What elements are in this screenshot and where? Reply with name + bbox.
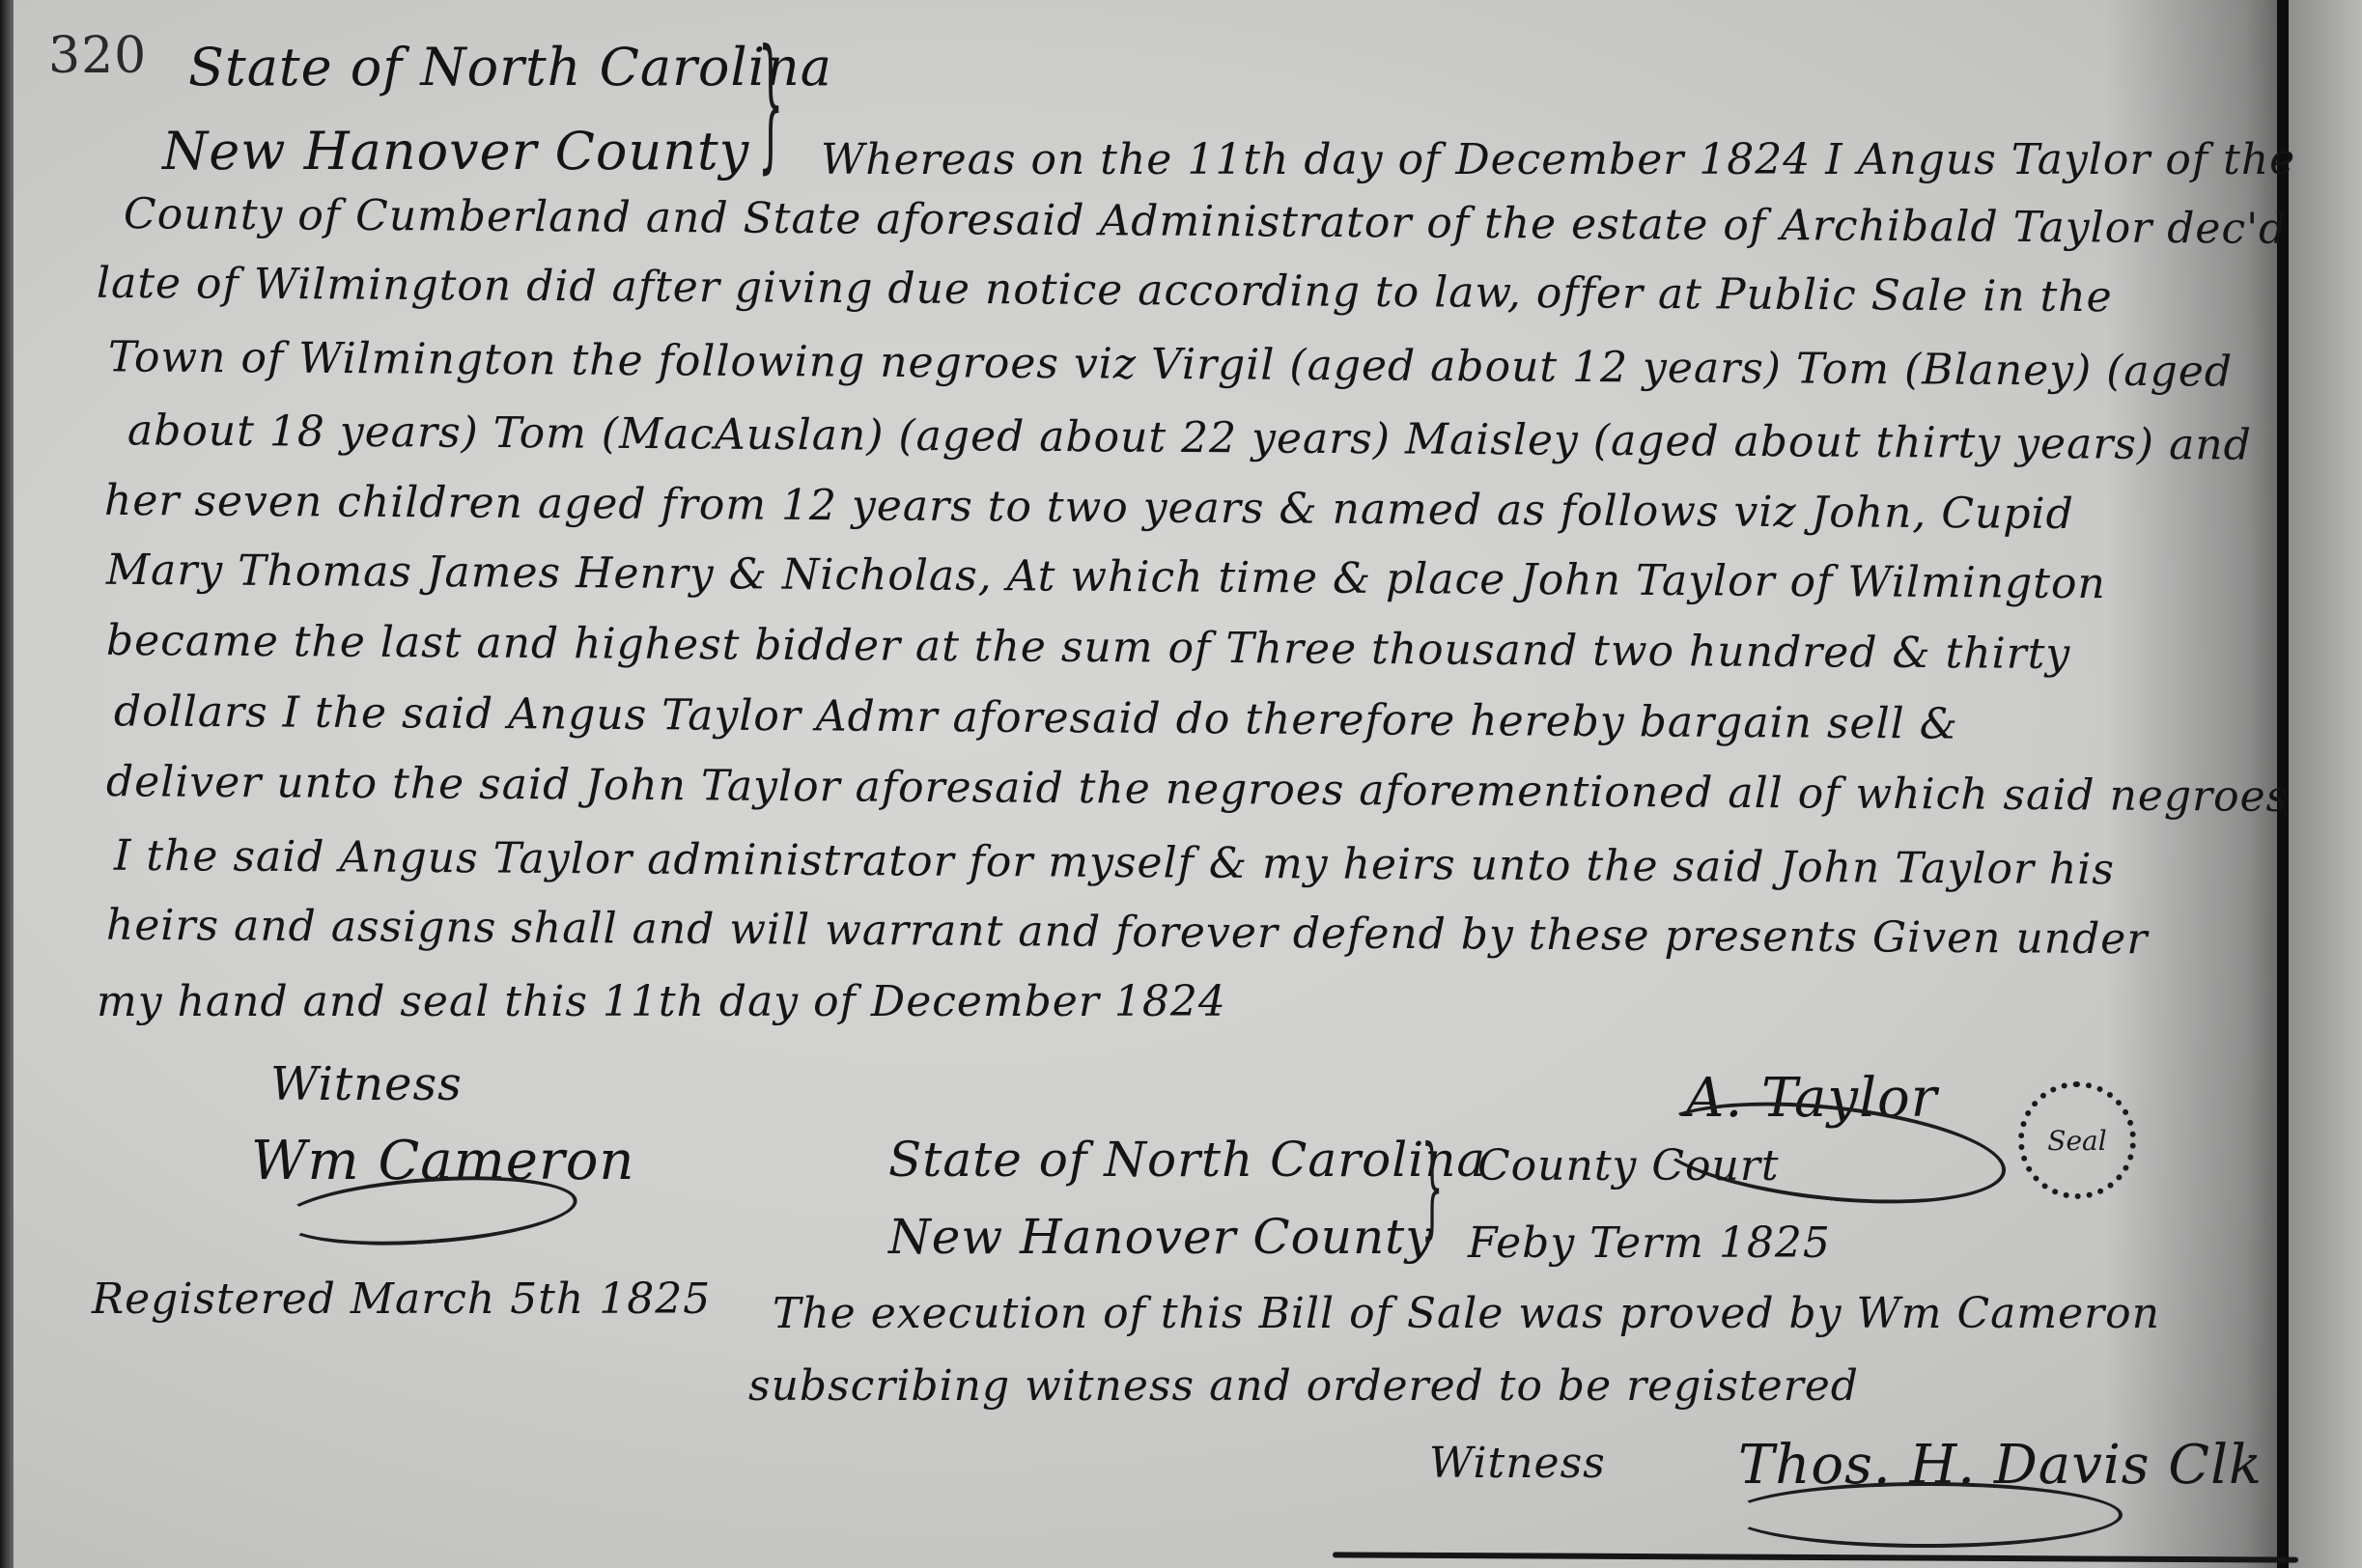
document-page: 320 State of North Carolina New Hanover … [0,0,2362,1568]
cert-court: County Court [1477,1141,1780,1190]
body-line: her seven children aged from 12 years to… [104,476,2074,539]
body-line: Mary Thomas James Henry & Nicholas, At w… [106,546,2106,608]
cert-state: State of North Carolina [888,1132,1486,1188]
body-line: heirs and assigns shall and will warrant… [106,901,2149,965]
cert-line: The execution of this Bill of Sale was p… [773,1289,2160,1338]
body-line: became the last and highest bidder at th… [106,616,2071,679]
scan-left-edge [0,0,14,1568]
cert-county: New Hanover County [888,1209,1433,1265]
facing-page-edge [2289,0,2362,1568]
body-line: County of Cumberland and State aforesaid… [124,189,2288,254]
cert-term: Feby Term 1825 [1468,1218,1831,1268]
signature-flourish [1729,1482,2123,1548]
body-line: my hand and seal this 11th day of Decemb… [97,977,1226,1026]
seal-icon: Seal [2018,1081,2136,1199]
body-line: about 18 years) Tom (MacAuslan) (aged ab… [127,406,2252,469]
witness-label: Witness [270,1057,463,1111]
cert-brace-icon: } [1421,1133,1444,1243]
body-line: I the said Angus Taylor administrator fo… [114,831,2115,894]
body-line: deliver unto the said John Taylor afores… [106,757,2290,822]
body-line: Whereas on the 11th day of December 1824… [821,135,2295,184]
cert-line: subscribing witness and ordered to be re… [748,1361,1859,1411]
heading-state: State of North Carolina [188,37,832,98]
registration-note: Registered March 5th 1825 [92,1274,711,1324]
heading-brace-icon: } [758,32,784,177]
cert-witness-label: Witness [1429,1439,1606,1488]
page-number: 320 [48,27,147,85]
body-line: late of Wilmington did after giving due … [97,259,2113,322]
body-line: Town of Wilmington the following negroes… [108,332,2233,396]
heading-county: New Hanover County [162,121,749,182]
body-line: dollars I the said Angus Taylor Admr afo… [114,686,1958,748]
